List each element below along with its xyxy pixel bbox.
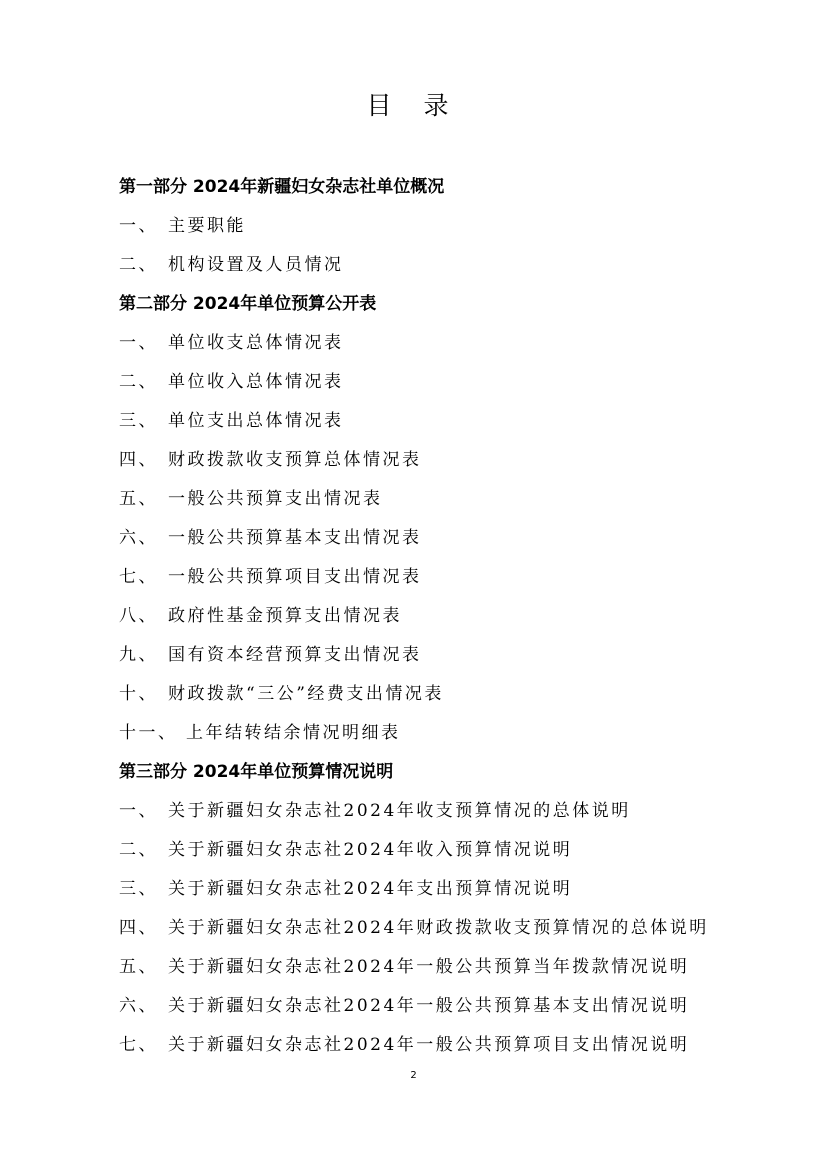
toc-item-text: 单位收支总体情况表 <box>168 330 344 369</box>
toc-item[interactable]: 二、机构设置及人员情况 <box>119 252 709 291</box>
toc-item-text: 机构设置及人员情况 <box>168 252 344 291</box>
toc-item-text: 一般公共预算支出情况表 <box>168 486 383 525</box>
toc-item-number: 八、 <box>119 603 168 642</box>
toc-item-number: 七、 <box>119 564 168 603</box>
toc-item-number: 一、 <box>119 213 168 252</box>
toc-item-text: 政府性基金预算支出情况表 <box>168 603 402 642</box>
toc-item[interactable]: 一、关于新疆妇女杂志社2024年收支预算情况的总体说明 <box>119 798 709 837</box>
toc-item[interactable]: 六、关于新疆妇女杂志社2024年一般公共预算基本支出情况说明 <box>119 993 709 1032</box>
toc-item[interactable]: 四、财政拨款收支预算总体情况表 <box>119 447 709 486</box>
toc-item-text: 关于新疆妇女杂志社2024年支出预算情况说明 <box>168 876 572 915</box>
toc-item[interactable]: 二、单位收入总体情况表 <box>119 369 709 408</box>
toc-item[interactable]: 五、关于新疆妇女杂志社2024年一般公共预算当年拨款情况说明 <box>119 954 709 993</box>
toc-item-text: 主要职能 <box>168 213 246 252</box>
toc-item[interactable]: 四、关于新疆妇女杂志社2024年财政拨款收支预算情况的总体说明 <box>119 915 709 954</box>
toc-item-number: 十、 <box>119 681 168 720</box>
toc-item[interactable]: 六、一般公共预算基本支出情况表 <box>119 525 709 564</box>
toc-section-heading[interactable]: 第一部分 2024年新疆妇女杂志社单位概况 <box>119 174 709 213</box>
page-title: 目 录 <box>0 86 827 122</box>
toc-item-number: 二、 <box>119 252 168 291</box>
toc-section-heading[interactable]: 第二部分 2024年单位预算公开表 <box>119 291 709 330</box>
table-of-contents: 第一部分 2024年新疆妇女杂志社单位概况 一、主要职能 二、机构设置及人员情况… <box>119 174 709 1071</box>
toc-item-number: 七、 <box>119 1032 168 1071</box>
toc-item-number: 九、 <box>119 642 168 681</box>
toc-item-text: 关于新疆妇女杂志社2024年一般公共预算项目支出情况说明 <box>168 1032 689 1071</box>
toc-item[interactable]: 三、单位支出总体情况表 <box>119 408 709 447</box>
toc-item-text: 上年结转结余情况明细表 <box>186 720 401 759</box>
toc-item-text: 单位收入总体情况表 <box>168 369 344 408</box>
toc-item-text: 关于新疆妇女杂志社2024年收支预算情况的总体说明 <box>168 798 631 837</box>
toc-item-text: 财政拨款收支预算总体情况表 <box>168 447 422 486</box>
toc-item[interactable]: 八、政府性基金预算支出情况表 <box>119 603 709 642</box>
toc-item[interactable]: 十、财政拨款“三公”经费支出情况表 <box>119 681 709 720</box>
toc-item-text: 国有资本经营预算支出情况表 <box>168 642 422 681</box>
toc-item[interactable]: 二、关于新疆妇女杂志社2024年收入预算情况说明 <box>119 837 709 876</box>
toc-item-number: 三、 <box>119 408 168 447</box>
toc-item-number: 一、 <box>119 330 168 369</box>
toc-item[interactable]: 十一、上年结转结余情况明细表 <box>119 720 709 759</box>
toc-item-text: 关于新疆妇女杂志社2024年一般公共预算基本支出情况说明 <box>168 993 689 1032</box>
page-number: 2 <box>0 1070 827 1081</box>
toc-section-heading[interactable]: 第三部分 2024年单位预算情况说明 <box>119 759 709 798</box>
toc-item-number: 二、 <box>119 369 168 408</box>
toc-item-text: 财政拨款“三公”经费支出情况表 <box>168 681 444 720</box>
toc-item-text: 一般公共预算基本支出情况表 <box>168 525 422 564</box>
toc-item-text: 一般公共预算项目支出情况表 <box>168 564 422 603</box>
toc-item-text: 单位支出总体情况表 <box>168 408 344 447</box>
toc-item[interactable]: 七、关于新疆妇女杂志社2024年一般公共预算项目支出情况说明 <box>119 1032 709 1071</box>
toc-item[interactable]: 三、关于新疆妇女杂志社2024年支出预算情况说明 <box>119 876 709 915</box>
toc-item-text: 关于新疆妇女杂志社2024年一般公共预算当年拨款情况说明 <box>168 954 689 993</box>
toc-item[interactable]: 一、单位收支总体情况表 <box>119 330 709 369</box>
toc-item-number: 六、 <box>119 993 168 1032</box>
toc-item-number: 十一、 <box>119 720 186 759</box>
toc-item[interactable]: 七、一般公共预算项目支出情况表 <box>119 564 709 603</box>
toc-item-text: 关于新疆妇女杂志社2024年财政拨款收支预算情况的总体说明 <box>168 915 709 954</box>
toc-item[interactable]: 五、一般公共预算支出情况表 <box>119 486 709 525</box>
toc-item-number: 五、 <box>119 486 168 525</box>
toc-item[interactable]: 九、国有资本经营预算支出情况表 <box>119 642 709 681</box>
toc-item-number: 五、 <box>119 954 168 993</box>
toc-item-number: 六、 <box>119 525 168 564</box>
toc-item[interactable]: 一、主要职能 <box>119 213 709 252</box>
toc-item-text: 关于新疆妇女杂志社2024年收入预算情况说明 <box>168 837 572 876</box>
toc-item-number: 四、 <box>119 447 168 486</box>
toc-item-number: 三、 <box>119 876 168 915</box>
toc-item-number: 一、 <box>119 798 168 837</box>
toc-item-number: 四、 <box>119 915 168 954</box>
toc-item-number: 二、 <box>119 837 168 876</box>
